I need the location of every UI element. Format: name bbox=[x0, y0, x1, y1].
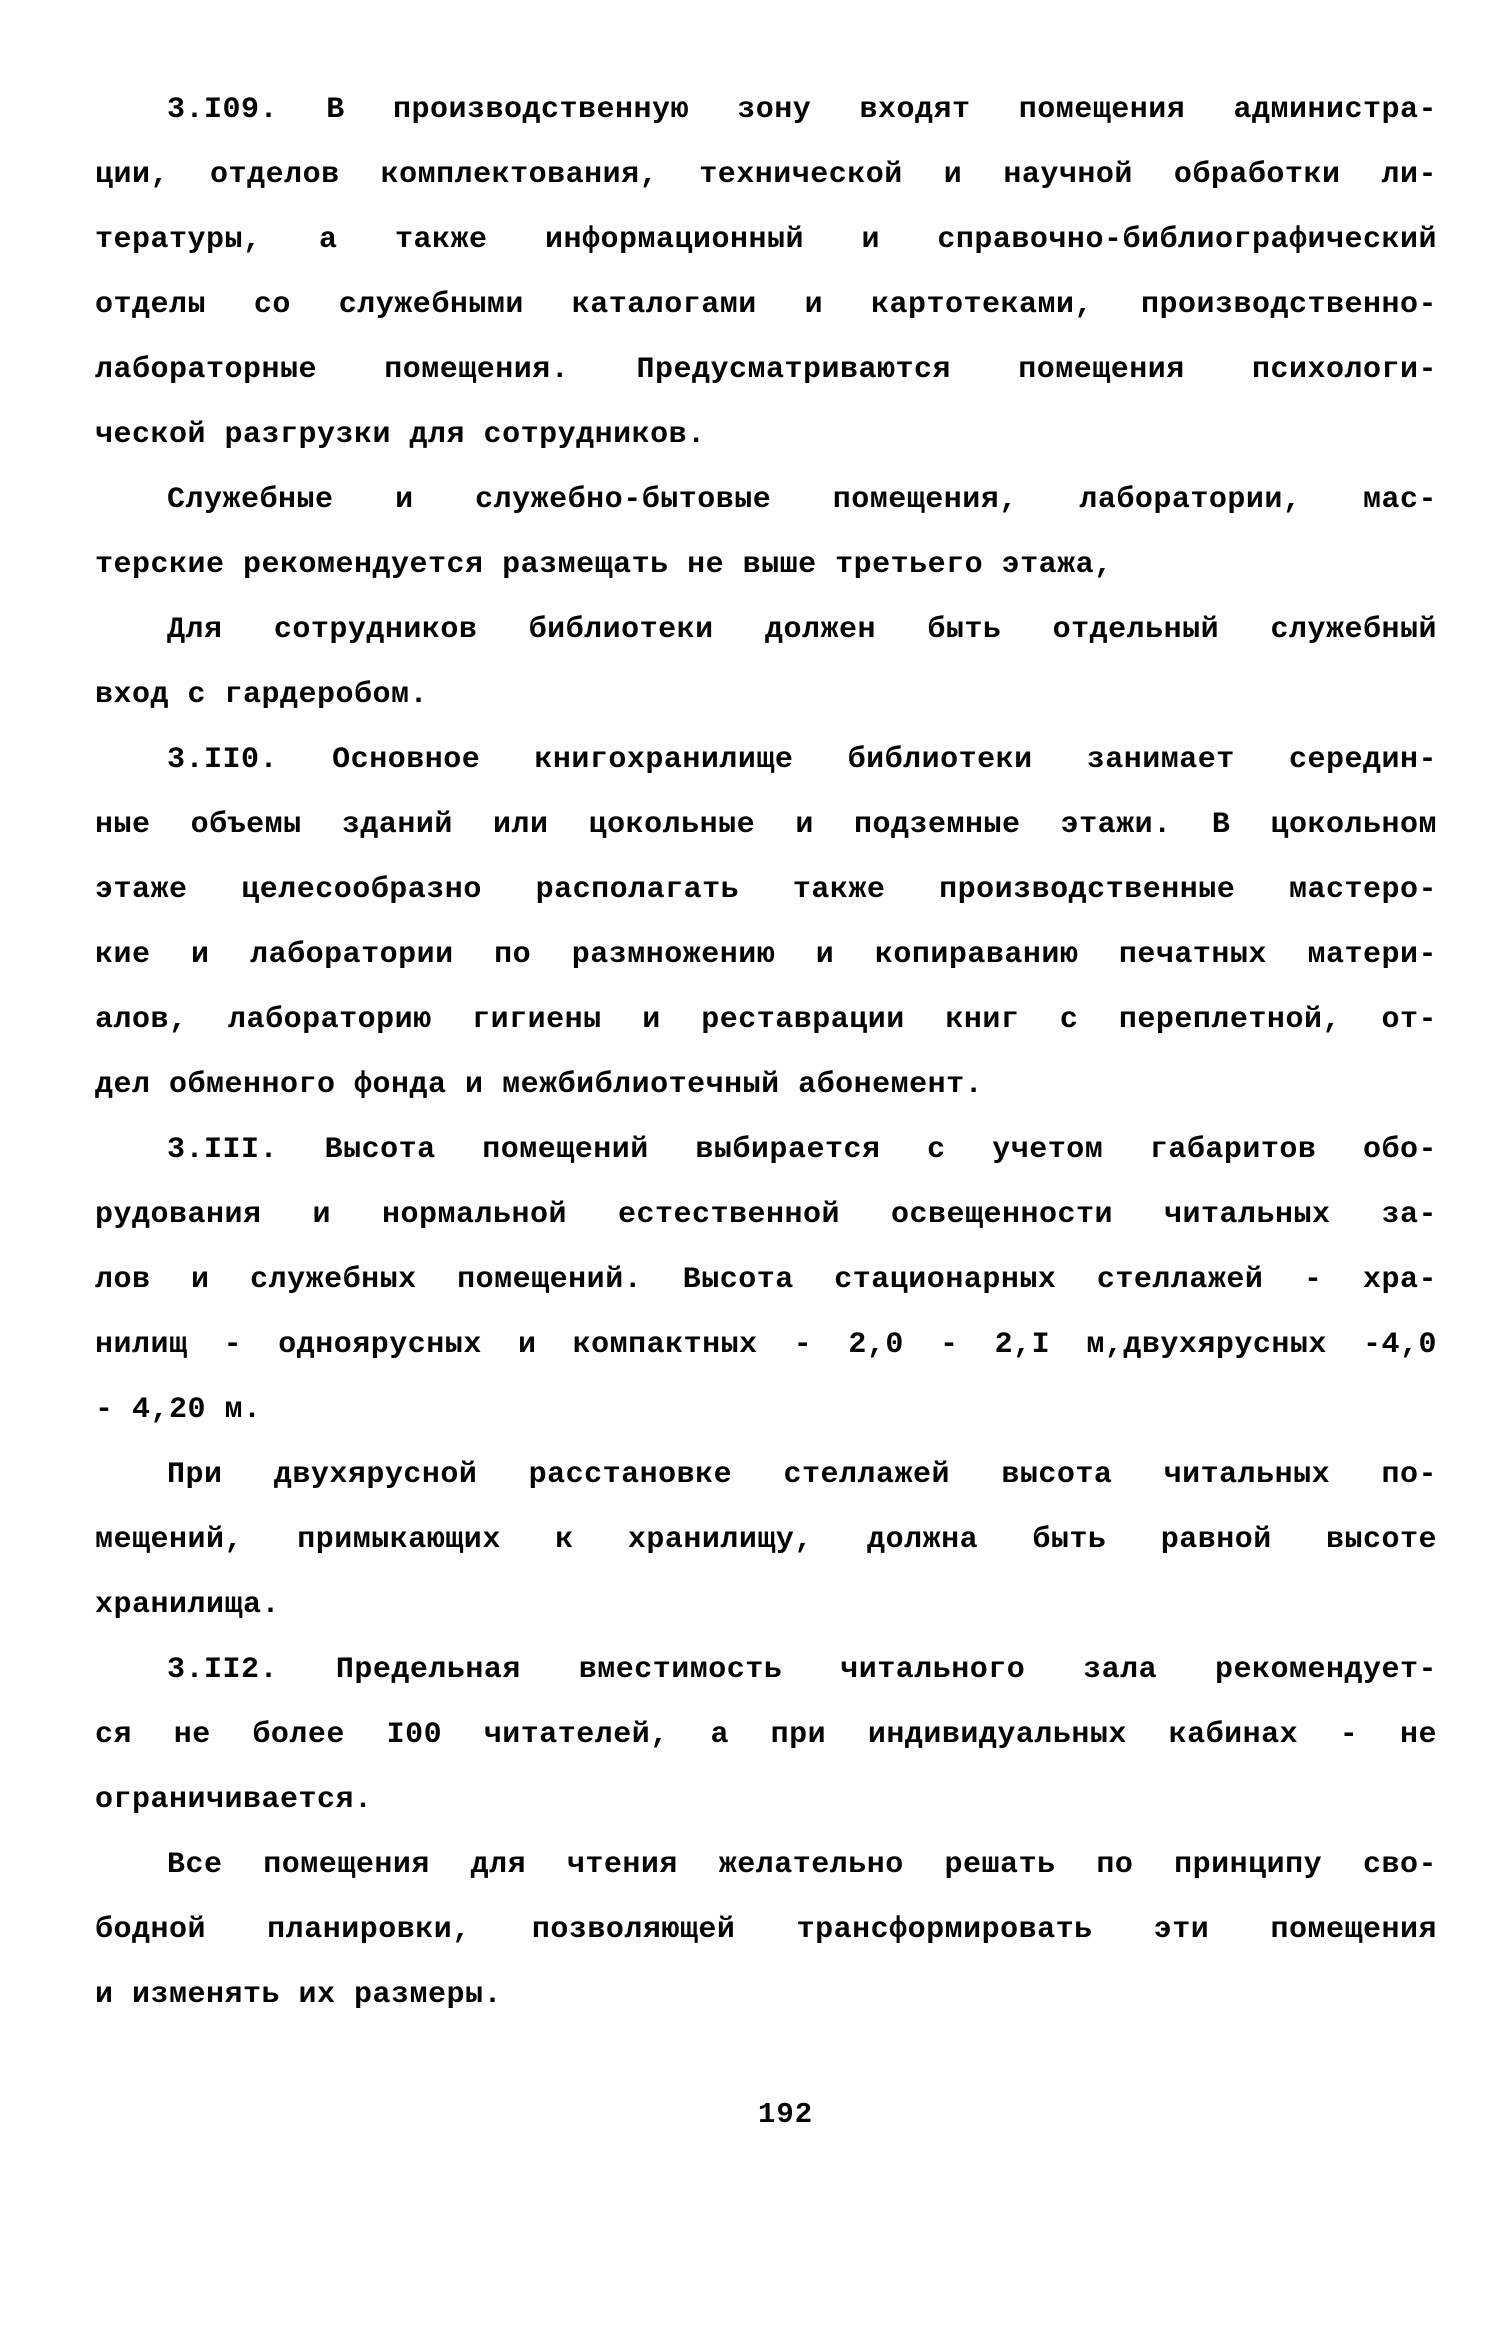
text-line: этаже целесообразно располагать также пр… bbox=[95, 858, 1437, 923]
text-line: нилищ - одноярусных и компактных - 2,0 -… bbox=[95, 1313, 1437, 1378]
text-line: вход с гардеробом. bbox=[95, 663, 1437, 728]
text-line: отделы со служебными каталогами и картот… bbox=[95, 273, 1437, 338]
text-line: алов, лабораторию гигиены и реставрации … bbox=[95, 988, 1437, 1053]
text-line: дел обменного фонда и межбиблиотечный аб… bbox=[95, 1053, 1437, 1118]
text-line: ся не более I00 читателей, а при индивид… bbox=[95, 1703, 1437, 1768]
scanned-page: 3.I09. В производственную зону входят по… bbox=[0, 0, 1487, 2333]
text-line: и изменять их размеры. bbox=[95, 1963, 1437, 2028]
text-line: - 4,20 м. bbox=[95, 1378, 1437, 1443]
page-text-block: 3.I09. В производственную зону входят по… bbox=[95, 78, 1437, 2028]
text-line: ческой разгрузки для сотрудников. bbox=[95, 403, 1437, 468]
text-line: Служебные и служебно-бытовые помещения, … bbox=[95, 468, 1437, 533]
text-line: бодной планировки, позволяющей трансформ… bbox=[95, 1898, 1437, 1963]
text-line: ограничивается. bbox=[95, 1768, 1437, 1833]
text-line: 3.I09. В производственную зону входят по… bbox=[95, 78, 1437, 143]
text-line: 3.III. Высота помещений выбирается с уче… bbox=[95, 1118, 1437, 1183]
text-line: мещений, примыкающих к хранилищу, должна… bbox=[95, 1508, 1437, 1573]
text-line: хранилища. bbox=[95, 1573, 1437, 1638]
text-line: кие и лаборатории по размножению и копир… bbox=[95, 923, 1437, 988]
text-line: терские рекомендуется размещать не выше … bbox=[95, 533, 1437, 598]
page-number: 192 bbox=[758, 2098, 813, 2131]
text-line: При двухярусной расстановке стеллажей вы… bbox=[95, 1443, 1437, 1508]
text-line: лабораторные помещения. Предусматриваютс… bbox=[95, 338, 1437, 403]
text-line: 3.II2. Предельная вместимость читального… bbox=[95, 1638, 1437, 1703]
text-line: Все помещения для чтения желательно реша… bbox=[95, 1833, 1437, 1898]
text-line: тературы, а также информационный и справ… bbox=[95, 208, 1437, 273]
text-line: лов и служебных помещений. Высота стацио… bbox=[95, 1248, 1437, 1313]
text-line: рудования и нормальной естественной осве… bbox=[95, 1183, 1437, 1248]
text-line: ции, отделов комплектования, технической… bbox=[95, 143, 1437, 208]
text-line: 3.II0. Основное книгохранилище библиотек… bbox=[95, 728, 1437, 793]
text-line: Для сотрудников библиотеки должен быть о… bbox=[95, 598, 1437, 663]
text-line: ные объемы зданий или цокольные и подзем… bbox=[95, 793, 1437, 858]
